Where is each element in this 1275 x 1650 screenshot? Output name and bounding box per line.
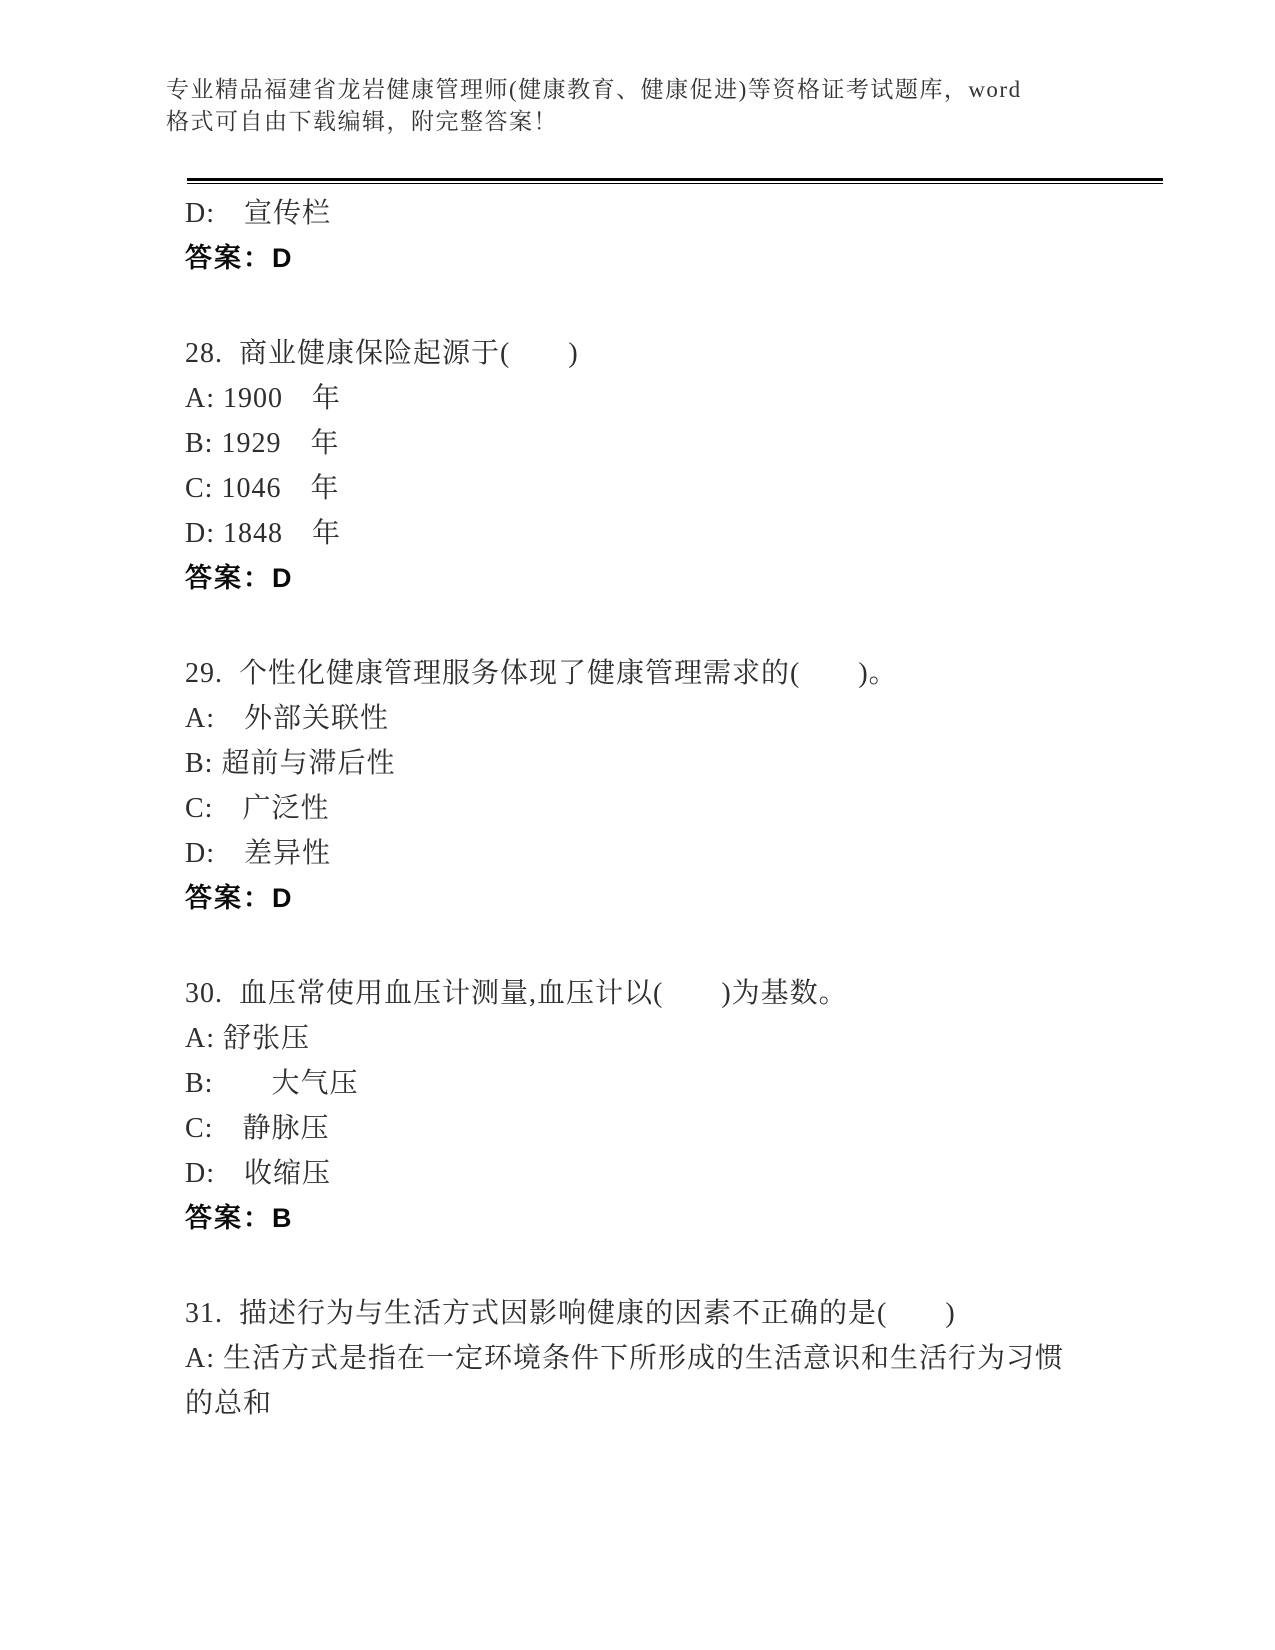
- question-30-option-d: D: 收缩压: [185, 1151, 1145, 1196]
- question-29-option-d: D: 差异性: [185, 831, 1145, 876]
- header-divider-thin-line: [187, 183, 1163, 184]
- question-28-option-a: A: 1900 年: [185, 376, 1145, 421]
- page-header-note: 专业精品福建省龙岩健康管理师(健康教育、健康促进)等资格证考试题库，word 格…: [166, 74, 1126, 138]
- question-area: D: 宣传栏 答案：D 28. 商业健康保险起源于( ) A: 1900 年 B…: [185, 191, 1145, 1426]
- question-31-option-a: A: 生活方式是指在一定环境条件下所形成的生活意识和生活行为习惯 的总和: [185, 1336, 1145, 1426]
- question-28-option-d: D: 1848 年: [185, 511, 1145, 556]
- question-30-option-c: C: 静脉压: [185, 1106, 1145, 1151]
- question-29-option-c: C: 广泛性: [185, 786, 1145, 831]
- question-28-answer-line: 答案：D: [185, 556, 1145, 601]
- question-30-stem: 30. 血压常使用血压计测量,血压计以( )为基数。: [185, 971, 1145, 1016]
- question-29-stem: 29. 个性化健康管理服务体现了健康管理需求的( )。: [185, 651, 1145, 696]
- question-block-31: 31. 描述行为与生活方式因影响健康的因素不正确的是( ) A: 生活方式是指在…: [185, 1291, 1145, 1426]
- question-block-30: 30. 血压常使用血压计测量,血压计以( )为基数。 A: 舒张压 B: 大气压…: [185, 971, 1145, 1241]
- question-30-option-b: B: 大气压: [185, 1061, 1145, 1106]
- question-block-29: 29. 个性化健康管理服务体现了健康管理需求的( )。 A: 外部关联性 B: …: [185, 651, 1145, 921]
- question-30-option-a: A: 舒张压: [185, 1016, 1145, 1061]
- question-30-answer-line: 答案：B: [185, 1196, 1145, 1241]
- question-29-answer-line: 答案：D: [185, 876, 1145, 921]
- question-28-option-b: B: 1929 年: [185, 421, 1145, 466]
- carryover-option-d: D: 宣传栏: [185, 191, 1145, 236]
- question-29-option-a: A: 外部关联性: [185, 696, 1145, 741]
- document-page: 专业精品福建省龙岩健康管理师(健康教育、健康促进)等资格证考试题库，word 格…: [0, 0, 1275, 1650]
- question-28-option-c: C: 1046 年: [185, 466, 1145, 511]
- header-divider-thick-line: [187, 178, 1163, 181]
- carryover-answer-line: 答案：D: [185, 236, 1145, 281]
- question-29-option-b: B: 超前与滞后性: [185, 741, 1145, 786]
- header-divider: [187, 178, 1163, 184]
- question-block-28: 28. 商业健康保险起源于( ) A: 1900 年 B: 1929 年 C: …: [185, 331, 1145, 601]
- question-31-stem: 31. 描述行为与生活方式因影响健康的因素不正确的是( ): [185, 1291, 1145, 1336]
- question-28-stem: 28. 商业健康保险起源于( ): [185, 331, 1145, 376]
